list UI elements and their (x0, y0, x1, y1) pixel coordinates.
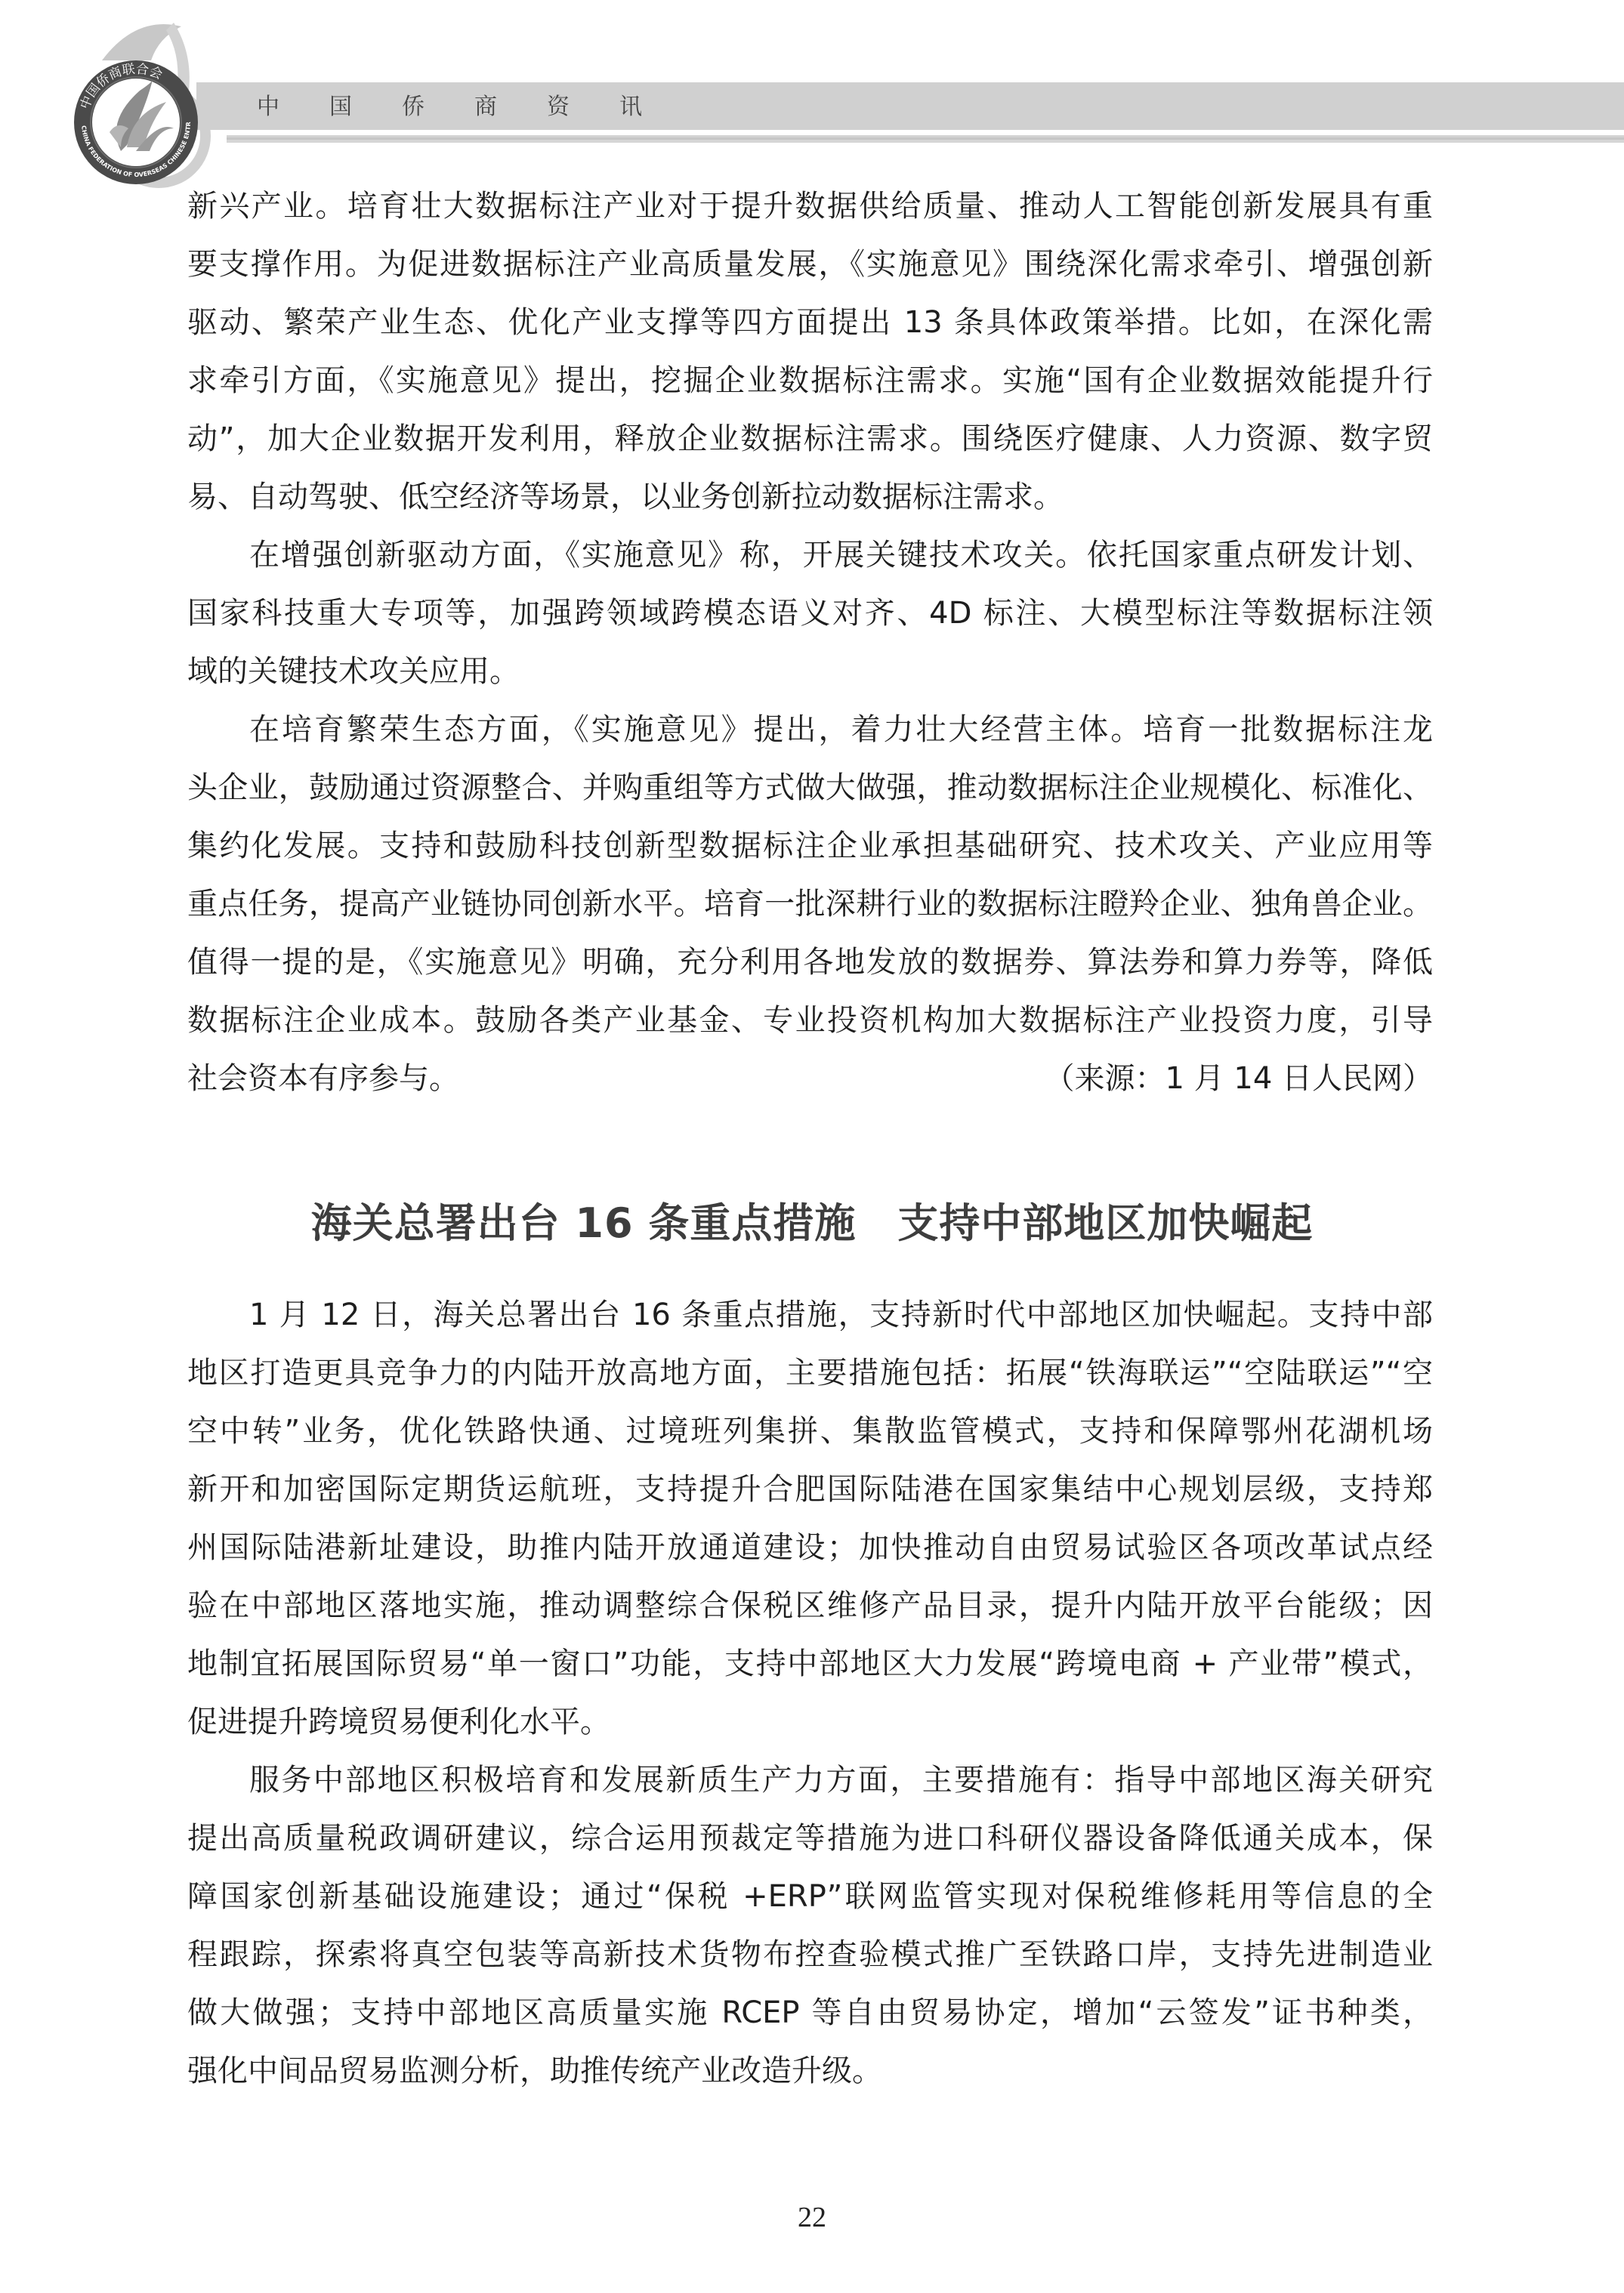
article-headline: 海关总署出台 16 条重点措施 支持中部地区加快崛起 (0, 1192, 1624, 1255)
text-line: 驱动、繁荣产业生态、优化产业支撑等四方面提出 13 条具体政策举措。比如，在深化… (187, 294, 1433, 352)
text-line: 地区打造更具竞争力的内陆开放高地方面，主要措施包括：拓展“铁海联运”“空陆联运”… (187, 1344, 1433, 1403)
paragraph: 在增强创新驱动方面，《实施意见》称，开展关键技术攻关。依托国家重点研发计划、 国… (187, 526, 1433, 701)
paragraph: 1 月 12 日，海关总署出台 16 条重点措施，支持新时代中部地区加快崛起。支… (187, 1286, 1433, 1751)
text-line: 国家科技重大专项等，加强跨领域跨模态语义对齐、4D 标注、大模型标注等数据标注领 (187, 585, 1433, 643)
text-line: 验在中部地区落地实施，推动调整综合保税区维修产品目录，提升内陆开放平台能级；因 (187, 1577, 1433, 1635)
text-line: 社会资本有序参与。 （来源：1 月 14 日人民网） (187, 1050, 1433, 1108)
publication-title-char: 中 (257, 89, 329, 125)
publication-title: 中 国 侨 商 资 讯 (257, 89, 692, 125)
text-line-content: 社会资本有序参与。 (187, 1061, 459, 1096)
text-line: 程跟踪，探索将真空包装等高新技术货物布控查验模式推广至铁路口岸，支持先进制造业 (187, 1926, 1433, 1984)
page-number: 22 (0, 2199, 1624, 2236)
text-line: 动”，加大企业数据开发利用，释放企业数据标注需求。围绕医疗健康、人力资源、数字贸 (187, 410, 1433, 468)
text-line: 1 月 12 日，海关总署出台 16 条重点措施，支持新时代中部地区加快崛起。支… (187, 1286, 1433, 1344)
publication-title-char: 讯 (619, 89, 692, 125)
text-line: 求牵引方面，《实施意见》提出，挖掘企业数据标注需求。实施“国有企业数据效能提升行 (187, 352, 1433, 410)
publication-title-char: 资 (547, 89, 619, 125)
text-line: 易、自动驾驶、低空经济等场景，以业务创新拉动数据标注需求。 (187, 468, 1433, 526)
source-citation: （来源：1 月 14 日人民网） (1045, 1050, 1434, 1108)
text-line: 地制宜拓展国际贸易“单一窗口”功能，支持中部地区大力发展“跨境电商 + 产业带”… (187, 1635, 1433, 1693)
text-line: 头企业，鼓励通过资源整合、并购重组等方式做大做强，推动数据标注企业规模化、标准化… (187, 759, 1433, 817)
article-body: 1 月 12 日，海关总署出台 16 条重点措施，支持新时代中部地区加快崛起。支… (187, 1286, 1433, 2100)
paragraph: 在培育繁荣生态方面，《实施意见》提出，着力壮大经营主体。培育一批数据标注龙 头企… (187, 701, 1433, 1108)
text-line: 提出高质量税政调研建议，综合运用预裁定等措施为进口科研仪器设备降低通关成本，保 (187, 1810, 1433, 1868)
text-line: 州国际陆港新址建设，助推内陆开放通道建设；加快推动自由贸易试验区各项改革试点经 (187, 1519, 1433, 1577)
text-line: 要支撑作用。为促进数据标注产业高质量发展，《实施意见》围绕深化需求牵引、增强创新 (187, 236, 1433, 294)
header-divider (227, 135, 1624, 143)
paragraph: 新兴产业。培育壮大数据标注产业对于提升数据供给质量、推动人工智能创新发展具有重 … (187, 177, 1433, 526)
publication-title-char: 侨 (402, 89, 474, 125)
text-line: 空中转”业务，优化铁路快通、过境班列集拼、集散监管模式，支持和保障鄂州花湖机场 (187, 1403, 1433, 1461)
text-line: 重点任务，提高产业链协同创新水平。培育一批深耕行业的数据标注瞪羚企业、独角兽企业… (187, 875, 1433, 934)
organization-logo-icon: 中国侨商联合会 CHINA FEDERATION OF OVERSEAS CHI… (45, 8, 227, 189)
article-continuation: 新兴产业。培育壮大数据标注产业对于提升数据供给质量、推动人工智能创新发展具有重 … (187, 177, 1433, 1108)
publication-title-char: 商 (474, 89, 547, 125)
text-line: 障国家创新基础设施建设；通过“保税 +ERP”联网监管实现对保税维修耗用等信息的… (187, 1868, 1433, 1926)
text-line: 新开和加密国际定期货运航班，支持提升合肥国际陆港在国家集结中心规划层级，支持郑 (187, 1461, 1433, 1519)
paragraph: 服务中部地区积极培育和发展新质生产力方面，主要措施有：指导中部地区海关研究 提出… (187, 1751, 1433, 2100)
text-line: 做大做强；支持中部地区高质量实施 RCEP 等自由贸易协定，增加“云签发”证书种… (187, 1984, 1433, 2042)
text-line: 数据标注企业成本。鼓励各类产业基金、专业投资机构加大数据标注产业投资力度，引导 (187, 992, 1433, 1050)
text-line: 强化中间品贸易监测分析，助推传统产业改造升级。 (187, 2042, 1433, 2100)
text-line: 在增强创新驱动方面，《实施意见》称，开展关键技术攻关。依托国家重点研发计划、 (187, 526, 1433, 585)
text-line: 域的关键技术攻关应用。 (187, 643, 1433, 701)
publication-title-char: 国 (329, 89, 402, 125)
text-line: 新兴产业。培育壮大数据标注产业对于提升数据供给质量、推动人工智能创新发展具有重 (187, 177, 1433, 236)
text-line: 促进提升跨境贸易便利化水平。 (187, 1693, 1433, 1751)
text-line: 在培育繁荣生态方面，《实施意见》提出，着力壮大经营主体。培育一批数据标注龙 (187, 701, 1433, 759)
text-line: 值得一提的是，《实施意见》明确，充分利用各地发放的数据券、算法券和算力券等，降低 (187, 934, 1433, 992)
text-line: 服务中部地区积极培育和发展新质生产力方面，主要措施有：指导中部地区海关研究 (187, 1751, 1433, 1810)
text-line: 集约化发展。支持和鼓励科技创新型数据标注企业承担基础研究、技术攻关、产业应用等 (187, 817, 1433, 875)
